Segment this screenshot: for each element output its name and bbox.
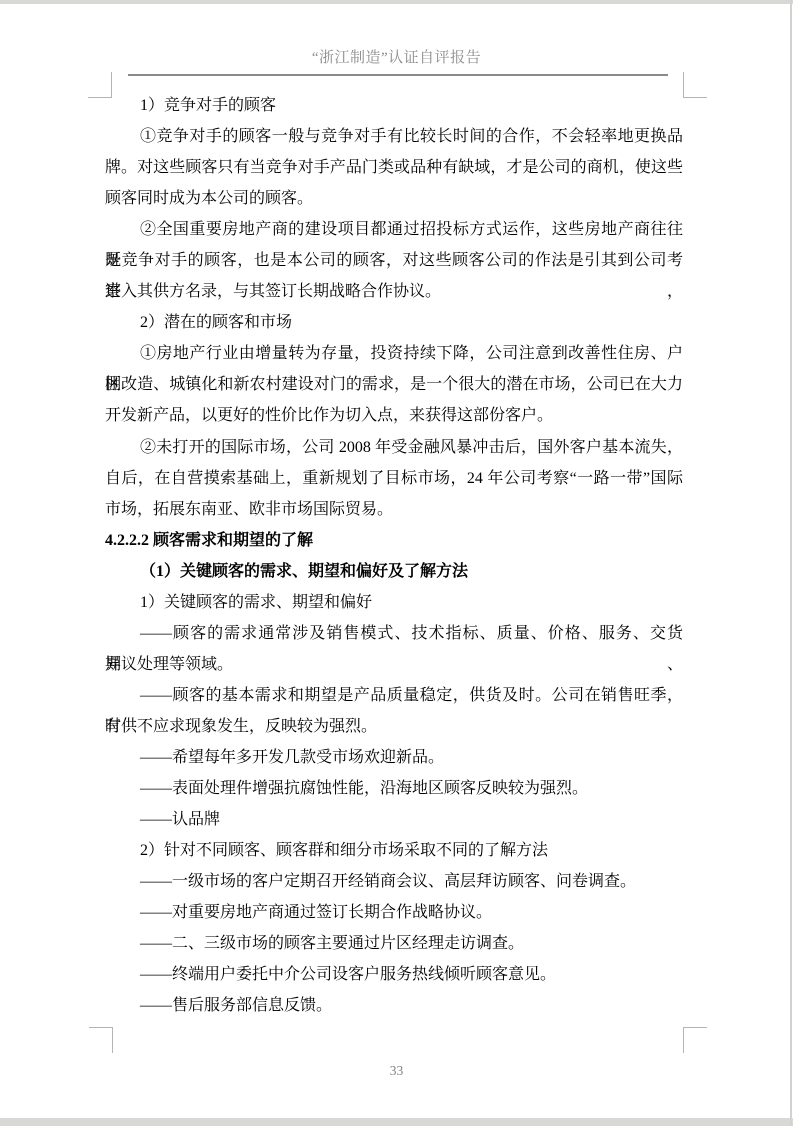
- body-line: ——一级市场的客户定期召开经销商会议、高层拜访顾客、问卷调查。: [105, 866, 683, 897]
- document-body: 1）竞争对手的顾客①竞争对手的顾客一般与竞争对手有比较长时间的合作，不会轻率地更…: [105, 90, 683, 1021]
- body-line: ——希望每年多开发几款受市场欢迎新品。: [105, 742, 683, 773]
- body-line: 4.2.2.2 顾客需求和期望的了解: [105, 525, 683, 556]
- body-line: 顾客同时成为本公司的顾客。: [105, 183, 683, 214]
- body-line: 2）针对不同顾客、顾客群和细分市场采取不同的了解方法: [105, 835, 683, 866]
- page-edge-right: [790, 0, 792, 1126]
- body-line: 1）竞争对手的顾客: [105, 90, 683, 121]
- body-line: 1）关键顾客的需求、期望和偏好: [105, 587, 683, 618]
- header-rule: [128, 74, 668, 76]
- body-line: 区改造、城镇化和新农村建设对门的需求，是一个很大的潜在市场，公司已在大力: [105, 369, 683, 400]
- body-line: ②全国重要房地产商的建设项目都通过招投标方式运作，这些房地产商往往既: [105, 214, 683, 245]
- text-boundary-mark-top-right: [683, 72, 707, 98]
- body-line: （1）关键顾客的需求、期望和偏好及了解方法: [105, 556, 683, 587]
- body-line: ②未打开的国际市场，公司 2008 年受金融风暴冲击后，国外客户基本流失，: [105, 432, 683, 463]
- body-line: ——售后服务部信息反馈。: [105, 990, 683, 1021]
- body-line: 有供不应求现象发生，反映较为强烈。: [105, 711, 683, 742]
- page-gap-top: [0, 0, 793, 4]
- text-boundary-mark-bottom-right: [683, 1027, 707, 1053]
- body-line: 牌。对这些顾客只有当竞争对手产品门类或品种有缺域，才是公司的商机，使这些: [105, 152, 683, 183]
- body-line: 是竞争对手的顾客，也是本公司的顾客，对这些顾客公司的作法是引其到公司考察，: [105, 245, 683, 276]
- body-line: ——终端用户委托中介公司设客户服务热线倾听顾客意见。: [105, 959, 683, 990]
- body-line: ——对重要房地产商通过签订长期合作战略协议。: [105, 897, 683, 928]
- body-line: ①竞争对手的顾客一般与竞争对手有比较长时间的合作，不会轻率地更换品: [105, 121, 683, 152]
- page-header-title: “浙江制造”认证自评报告: [0, 48, 793, 68]
- page-number: 33: [0, 1062, 793, 1080]
- body-line: 自后，在自营摸索基础上，重新规划了目标市场，24 年公司考察“一路一带”国际: [105, 463, 683, 494]
- body-line: 市场，拓展东南亚、欧非市场国际贸易。: [105, 494, 683, 525]
- body-line: ——顾客的基本需求和期望是产品质量稳定，供货及时。公司在销售旺季，时: [105, 680, 683, 711]
- text-boundary-mark-bottom-left: [89, 1027, 113, 1053]
- page-gap-bottom: [0, 1118, 793, 1126]
- body-line: 2）潜在的顾客和市场: [105, 307, 683, 338]
- body-line: ①房地产行业由增量转为存量，投资持续下降，公司注意到改善性住房、户棚: [105, 338, 683, 369]
- document-page: “浙江制造”认证自评报告 1）竞争对手的顾客①竞争对手的顾客一般与竞争对手有比较…: [0, 0, 793, 1126]
- body-line: ——二、三级市场的顾客主要通过片区经理走访调查。: [105, 928, 683, 959]
- body-line: 开发新产品，以更好的性价比作为切入点，来获得这部份客户。: [105, 400, 683, 431]
- body-line: ——认品牌: [105, 804, 683, 835]
- body-line: ——顾客的需求通常涉及销售模式、技术指标、质量、价格、服务、交货期、: [105, 618, 683, 649]
- body-line: ——表面处理件增强抗腐蚀性能，沿海地区顾客反映较为强烈。: [105, 773, 683, 804]
